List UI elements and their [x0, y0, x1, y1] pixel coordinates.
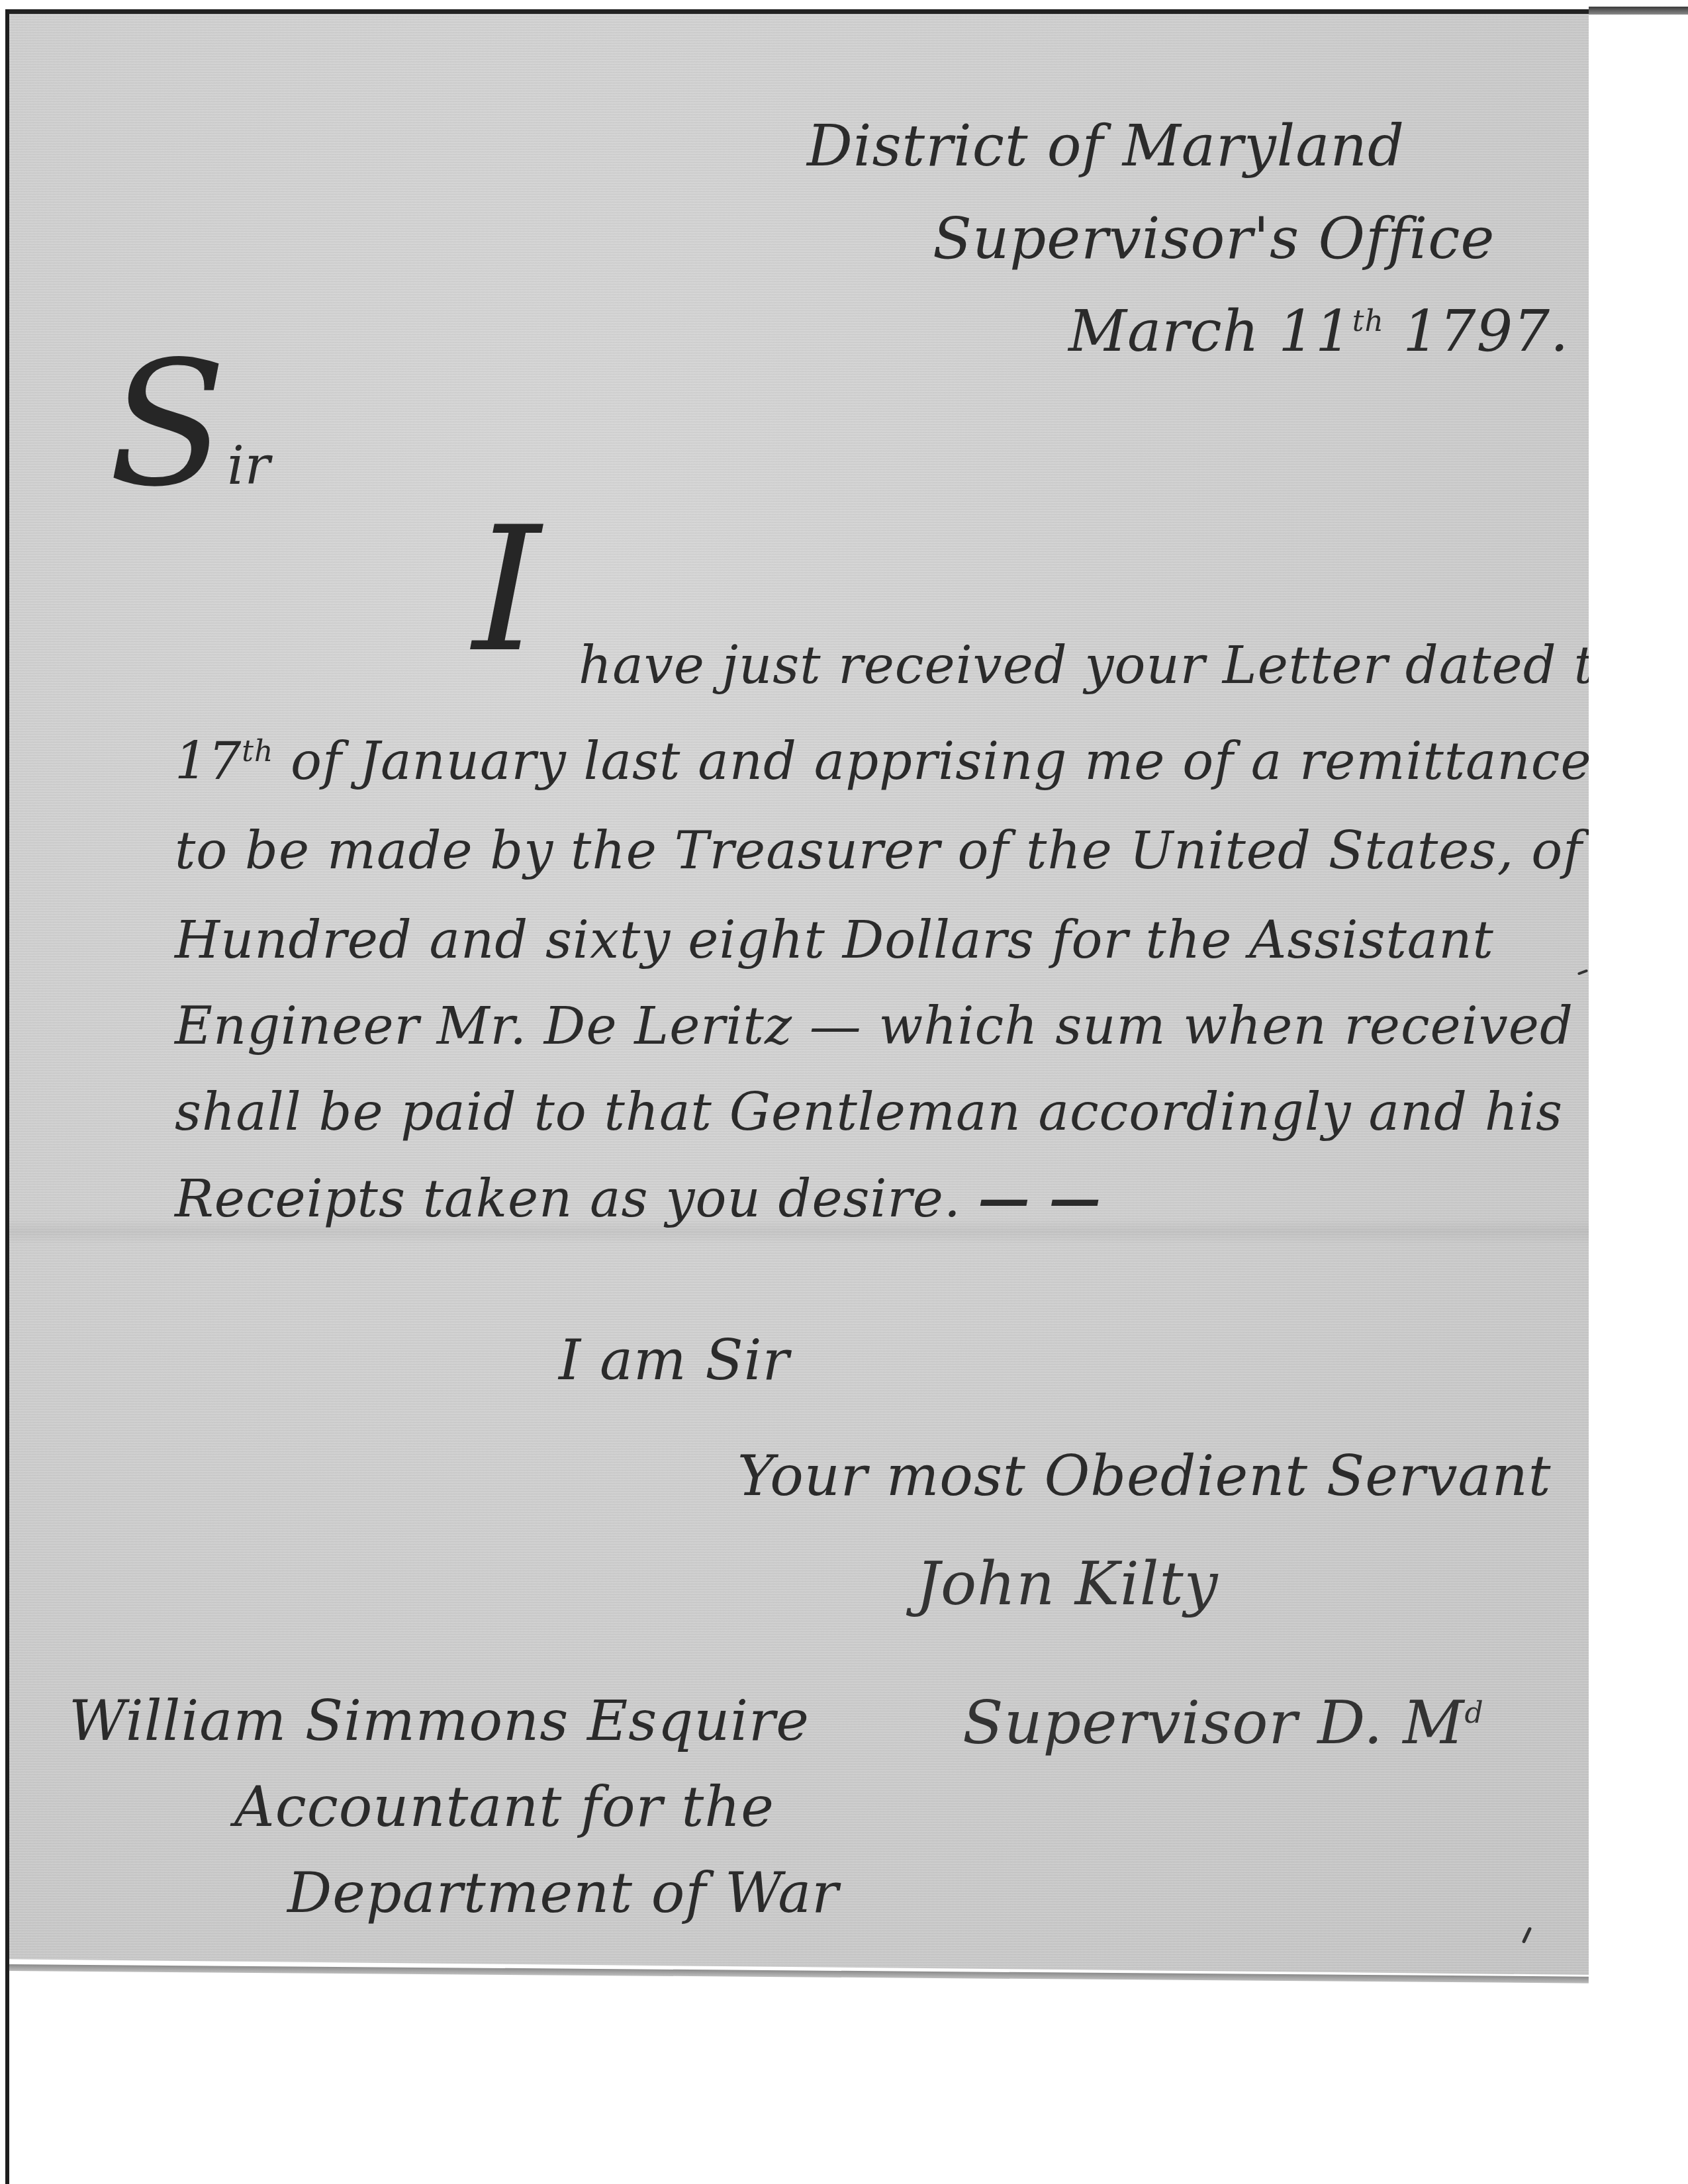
body-line-3: to be made by the Treasurer of the Unite…: [175, 821, 1688, 881]
salutation-initial: S: [109, 325, 227, 525]
ink-mark: [1577, 969, 1588, 975]
signature-name: John Kilty: [916, 1549, 1219, 1619]
salutation: Sir: [109, 325, 271, 525]
date-ordinal: th: [1352, 304, 1384, 338]
signature-title: Supervisor D. Md: [962, 1688, 1484, 1758]
date-month-day: March 11: [1068, 298, 1352, 365]
scanner-top-bar: [1589, 7, 1688, 15]
ink-mark: [1522, 1927, 1532, 1944]
body-line-5: Engineer Mr. De Leritz — which sum when …: [175, 997, 1573, 1056]
closing-line-2: Your most Obedient Servant: [737, 1443, 1552, 1508]
body-line-2: 17th of January last and apprising me of…: [175, 732, 1592, 792]
body-line-7: Receipts taken as you desire. — —: [175, 1169, 1102, 1229]
body-line-6: shall be paid to that Gentleman accordin…: [175, 1083, 1563, 1142]
addressee-line-2: Accountant for the: [234, 1774, 774, 1839]
body-drop-cap: I: [473, 490, 541, 690]
body-line-7-text: Receipts taken as you desire.: [175, 1169, 961, 1229]
closing-line-1: I am Sir: [559, 1328, 790, 1392]
body-line-2-date: 17: [175, 732, 242, 792]
signature-title-sup: d: [1464, 1696, 1483, 1730]
body-line-2-ordinal: th: [242, 735, 273, 768]
heading-office: Supervisor's Office: [933, 206, 1495, 272]
body-line-2-text: of January last and apprising me of a re…: [291, 732, 1592, 792]
letter-page: District of Maryland Supervisor's Office…: [9, 9, 1589, 1975]
body-line-1: have just received your Letter dated the: [579, 636, 1660, 696]
heading-date: March 11th 1797.: [1068, 298, 1569, 365]
salutation-rest: ir: [227, 435, 271, 496]
heading-district: District of Maryland: [807, 113, 1405, 179]
addressee-name: William Simmons Esquire: [69, 1688, 810, 1753]
signature-title-text: Supervisor D. M: [962, 1688, 1464, 1758]
scanner-left-border: [5, 9, 9, 2184]
closing-dashes: — —: [978, 1169, 1102, 1229]
body-line-4: Hundred and sixty eight Dollars for the …: [175, 911, 1494, 970]
addressee-line-3: Department of War: [287, 1860, 839, 1925]
date-year: 1797.: [1403, 298, 1569, 365]
